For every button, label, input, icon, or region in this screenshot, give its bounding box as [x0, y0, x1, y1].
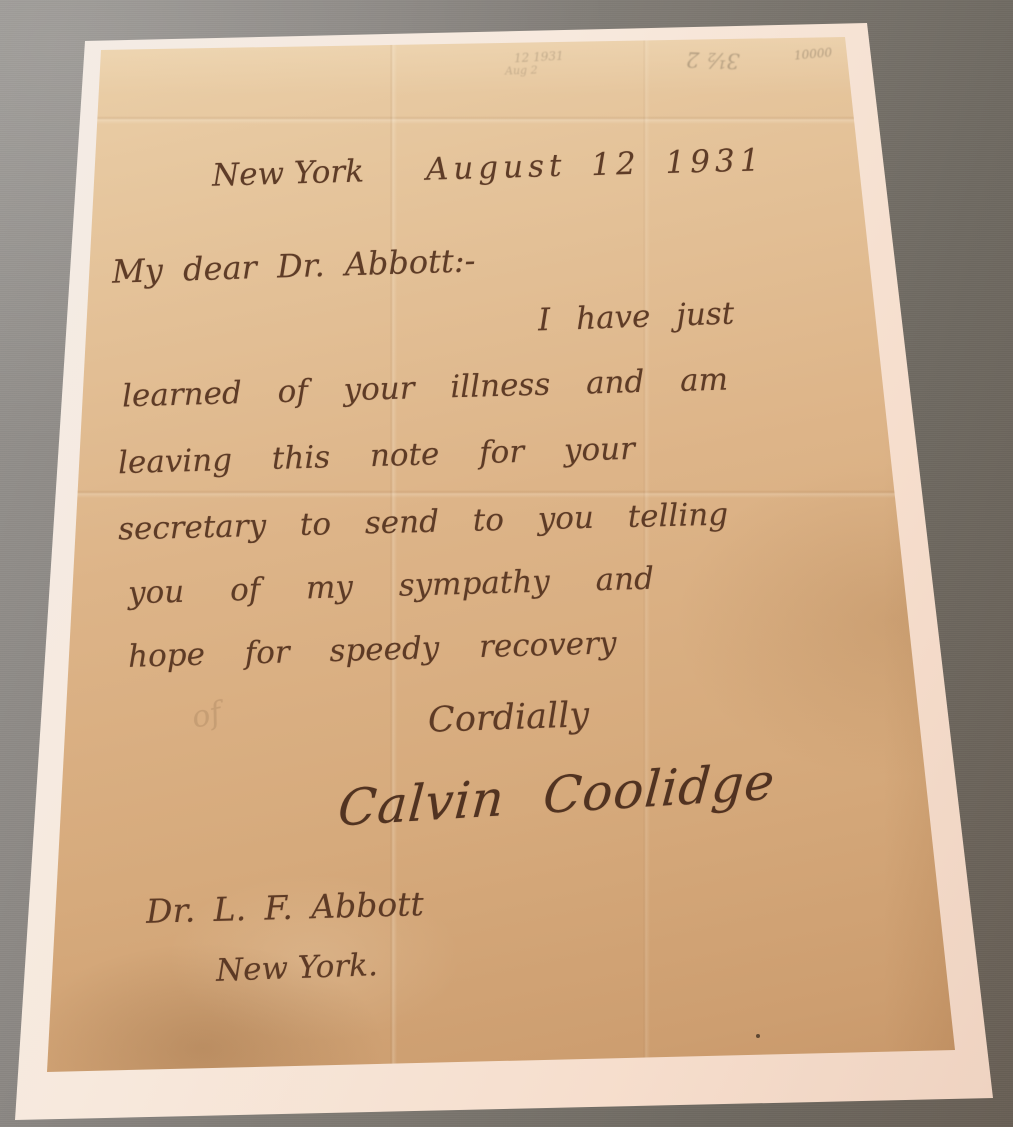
letter-salutation: My dear Dr. Abbott:- [111, 241, 475, 290]
signature-autograph: Calvin Coolidge [336, 752, 777, 837]
letter-body-line: I have just [537, 296, 734, 339]
letter-body-line: learned of your illness and am [122, 362, 729, 415]
recipient-city-line: New York. [215, 947, 378, 989]
ink-offset-mark: of [189, 695, 225, 735]
letter-date: August 12 1931 [425, 142, 764, 187]
letter-body-line: hope for speedy recovery [128, 625, 617, 675]
paper-speck [756, 1034, 760, 1038]
letter-place: New York [212, 153, 365, 193]
letter-closing: Cordially [427, 695, 590, 741]
letter-text-layer: 12 1931 Aug 2 3½ 2 10000 New YorkAugust … [0, 0, 1013, 1127]
pencil-annotation: 12 1931 [514, 49, 564, 66]
pencil-annotation: 10000 [793, 45, 832, 62]
letter-body-line: leaving this note for your [118, 431, 636, 481]
letter-body-line: secretary to send to you telling [118, 497, 729, 548]
pencil-annotation: Aug 2 [505, 63, 538, 77]
letter-body-line: you of my sympathy and [128, 561, 655, 612]
pencil-annotation: 3½ 2 [686, 47, 741, 73]
recipient-name-line: Dr. L. F. Abbott [146, 884, 425, 931]
letter-dateline: New YorkAugust 12 1931 [212, 142, 765, 193]
